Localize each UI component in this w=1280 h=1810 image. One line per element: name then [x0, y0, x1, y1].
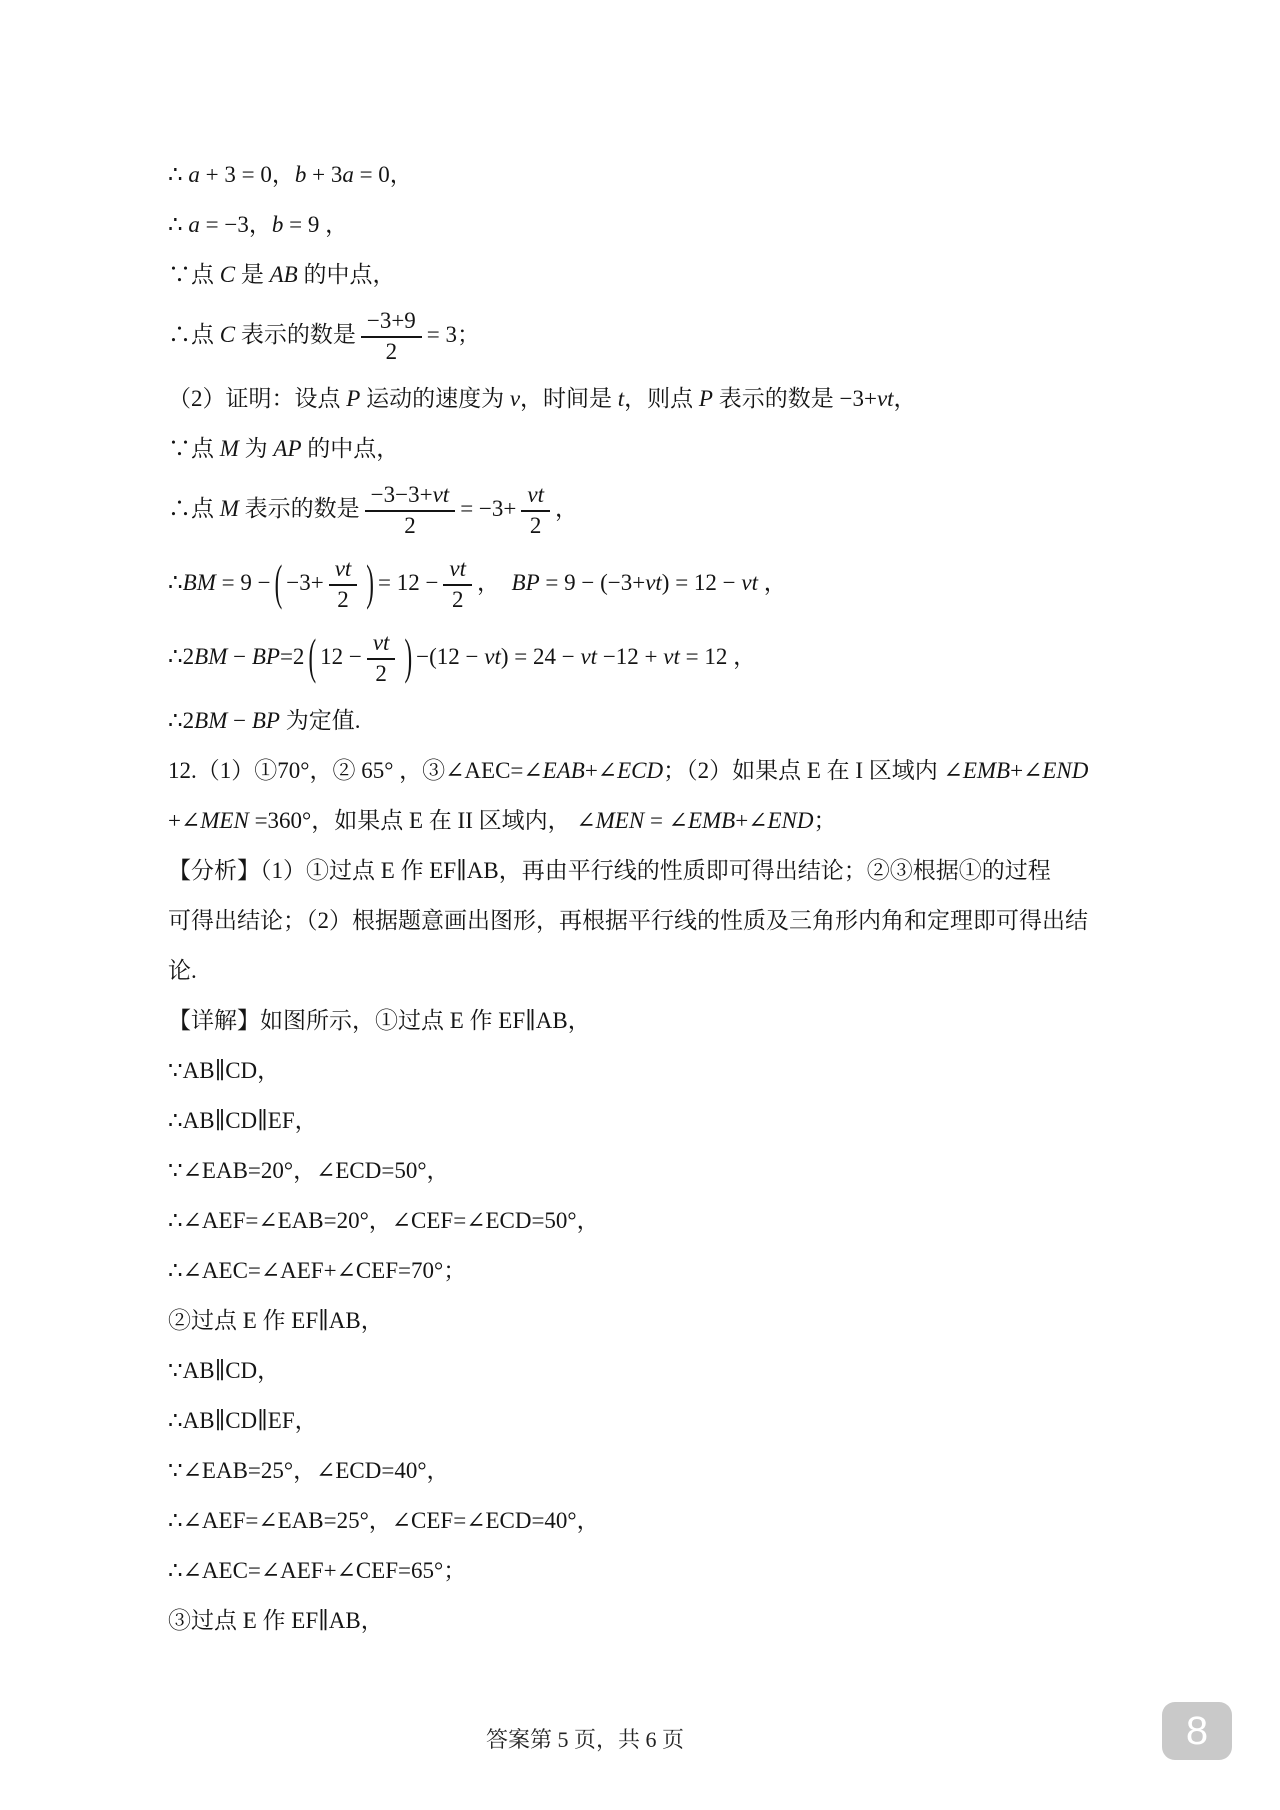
- text-run: = 9 −: [216, 570, 271, 595]
- text-run: +: [735, 808, 748, 833]
- text-run: 运动的速度为: [360, 386, 510, 411]
- text-run: BP: [512, 570, 540, 595]
- text-run: 的中点，: [302, 436, 400, 461]
- text-run: 为: [239, 436, 274, 461]
- text-run: =: [644, 808, 668, 833]
- text-run: 表示的数是: [239, 496, 360, 521]
- text-run: 【详解】如图所示，①过点 E 作 EF∥AB，: [168, 1008, 591, 1033]
- text-run: ∠END: [1023, 758, 1088, 783]
- text-run: 表示的数是: [235, 322, 356, 347]
- text-run: ∴点: [168, 496, 220, 521]
- fraction: −3+92: [361, 308, 422, 366]
- text-line: ∵∠EAB=25°，∠ECD=40°，: [168, 1446, 1128, 1496]
- text-line: ∴∠AEF=∠EAB=25°，∠CEF=∠ECD=40°，: [168, 1496, 1128, 1546]
- text-run: vt: [663, 644, 680, 669]
- text-run: AP: [273, 436, 301, 461]
- text-run: ): [366, 530, 374, 638]
- text-run: AB: [270, 262, 298, 287]
- text-run: +: [1010, 758, 1023, 783]
- text-run: P: [346, 386, 360, 411]
- text-run: ∴∠AEC=∠AEF+∠CEF=70°；: [168, 1258, 466, 1283]
- text-run: ∴2: [168, 708, 194, 733]
- text-run: =2: [280, 644, 304, 669]
- text-run: = 12 −: [378, 570, 438, 595]
- text-line: ∴AB∥CD∥EF，: [168, 1396, 1128, 1446]
- text-run: P: [699, 386, 713, 411]
- text-run: BM: [194, 644, 227, 669]
- text-run: ∴∠AEF=∠EAB=25°，∠CEF=∠ECD=40°，: [168, 1508, 600, 1533]
- text-line: +∠MEN =360°，如果点 E 在 II 区域内， ∠MEN = ∠EMB+…: [168, 796, 1128, 846]
- text-run: ∠MEN: [181, 808, 249, 833]
- text-run: ∠ECD: [598, 758, 663, 783]
- text-line: ∴ a + 3 = 0，b + 3a = 0，: [168, 150, 1128, 200]
- text-run: = 9 − (−3+: [540, 570, 646, 595]
- text-line: 可得出结论；（2）根据题意画出图形，再根据平行线的性质及三角形内角和定理即可得出…: [168, 896, 1128, 946]
- text-run: ∠EMB: [669, 808, 736, 833]
- text-run: ，: [477, 570, 512, 595]
- text-run: ∠MEN: [576, 808, 644, 833]
- text-line: ∴点 C 表示的数是−3+92= 3；: [168, 300, 1128, 374]
- text-run: ∴: [168, 570, 183, 595]
- text-run: = 0，: [354, 162, 413, 187]
- text-run: b: [272, 212, 284, 237]
- text-run: −(12 −: [416, 644, 484, 669]
- text-line: ∵点 M 为 AP 的中点，: [168, 424, 1128, 474]
- text-line: ∴ a = −3，b = 9 ，: [168, 200, 1128, 250]
- text-run: −: [227, 644, 251, 669]
- text-run: −12 +: [597, 644, 663, 669]
- text-run: ∠EMB: [944, 758, 1011, 783]
- text-line: ∵AB∥CD，: [168, 1346, 1128, 1396]
- text-run: a: [188, 212, 200, 237]
- text-run: 2: [386, 339, 398, 364]
- text-run: ∵点: [168, 262, 220, 287]
- text-line: ∴∠AEF=∠EAB=20°，∠CEF=∠ECD=50°，: [168, 1196, 1128, 1246]
- fraction: vt2: [521, 482, 550, 540]
- text-run: ∠EAB: [523, 758, 584, 783]
- text-run: BM: [194, 708, 227, 733]
- text-line: ∴∠AEC=∠AEF+∠CEF=65°；: [168, 1546, 1128, 1596]
- text-run: ③过点 E 作 EF∥AB，: [168, 1608, 384, 1633]
- text-run: ∵∠EAB=20°，∠ECD=50°，: [168, 1158, 450, 1183]
- text-run: ，时间是: [520, 386, 618, 411]
- text-run: 2: [375, 661, 387, 686]
- text-run: ∴AB∥CD∥EF，: [168, 1108, 318, 1133]
- fraction: vt2: [329, 556, 358, 614]
- text-line: 论.: [168, 946, 1128, 996]
- text-line: ∵点 C 是 AB 的中点，: [168, 250, 1128, 300]
- text-line: ∴∠AEC=∠AEF+∠CEF=70°；: [168, 1246, 1128, 1296]
- text-run: ∴AB∥CD∥EF，: [168, 1408, 318, 1433]
- text-run: 2: [337, 587, 349, 612]
- text-run: 2: [452, 587, 464, 612]
- text-run: 2: [404, 513, 416, 538]
- text-run: ；: [813, 808, 836, 833]
- text-run: （2）证明：设点: [168, 386, 346, 411]
- text-run: + 3: [306, 162, 342, 187]
- text-run: C: [220, 322, 235, 347]
- text-run: ，: [555, 496, 578, 521]
- text-run: a: [342, 162, 354, 187]
- text-run: ) = 12 −: [662, 570, 742, 595]
- text-run: vt: [527, 482, 544, 507]
- text-run: 为定值.: [280, 708, 361, 733]
- text-line: ③过点 E 作 EF∥AB，: [168, 1596, 1128, 1646]
- text-run: ∴: [168, 212, 188, 237]
- text-run: ∴2: [168, 644, 194, 669]
- text-run: vt: [645, 570, 662, 595]
- text-run: ∴: [168, 162, 188, 187]
- text-run: = 9 ，: [283, 212, 348, 237]
- text-run: 论.: [168, 958, 197, 983]
- text-run: 【分析】（1）①过点 E 作 EF∥AB，再由平行线的性质即可得出结论；②③根据…: [168, 858, 1051, 883]
- text-run: vt: [580, 644, 597, 669]
- text-run: BP: [252, 644, 280, 669]
- text-run: ∴点: [168, 322, 220, 347]
- text-run: ，: [894, 386, 917, 411]
- text-run: ∴∠AEF=∠EAB=20°，∠CEF=∠ECD=50°，: [168, 1208, 600, 1233]
- text-run: 可得出结论；（2）根据题意画出图形，再根据平行线的性质及三角形内角和定理即可得出…: [168, 908, 1088, 933]
- text-run: −: [227, 708, 251, 733]
- text-line: ∴AB∥CD∥EF，: [168, 1096, 1128, 1146]
- text-line: ②过点 E 作 EF∥AB，: [168, 1296, 1128, 1346]
- text-run: 12.（1）①70°，② 65° ，③∠AEC=: [168, 758, 523, 783]
- text-run: =360°，如果点 E 在 II 区域内，: [249, 808, 577, 833]
- text-run: = 12 ，: [680, 644, 756, 669]
- text-run: (: [275, 530, 283, 638]
- text-run: ②过点 E 作 EF∥AB，: [168, 1308, 384, 1333]
- text-run: = −3+: [460, 496, 516, 521]
- text-run: 12 −: [320, 644, 362, 669]
- text-run: ∵AB∥CD，: [168, 1358, 280, 1383]
- text-run: C: [220, 262, 235, 287]
- text-run: vt: [433, 482, 450, 507]
- text-run: ∠END: [748, 808, 813, 833]
- text-run: vt: [449, 556, 466, 581]
- text-run: ∵AB∥CD，: [168, 1058, 280, 1083]
- text-line: （2）证明：设点 P 运动的速度为 v，时间是 t，则点 P 表示的数是 −3+…: [168, 374, 1128, 424]
- text-run: BP: [252, 708, 280, 733]
- page-number-badge[interactable]: 8: [1162, 1702, 1232, 1760]
- text-run: vt: [741, 570, 758, 595]
- text-run: ∵∠EAB=25°，∠ECD=40°，: [168, 1458, 450, 1483]
- text-run: ∴∠AEC=∠AEF+∠CEF=65°；: [168, 1558, 466, 1583]
- text-run: ): [404, 604, 412, 712]
- text-run: vt: [373, 630, 390, 655]
- text-run: ) = 24 −: [501, 644, 581, 669]
- text-line: 12.（1）①70°，② 65° ，③∠AEC=∠EAB+∠ECD；（2）如果点…: [168, 746, 1128, 796]
- text-run: + 3 = 0，: [200, 162, 295, 187]
- fraction: vt2: [443, 556, 472, 614]
- text-run: vt: [335, 556, 352, 581]
- text-run: M: [220, 436, 239, 461]
- text-run: ，: [758, 570, 787, 595]
- text-run: −3−3+: [371, 482, 433, 507]
- text-run: +: [168, 808, 181, 833]
- text-run: BM: [183, 570, 216, 595]
- text-run: 表示的数是 −3+: [713, 386, 877, 411]
- text-run: ∵点: [168, 436, 220, 461]
- text-run: vt: [877, 386, 894, 411]
- text-run: +: [585, 758, 598, 783]
- text-run: b: [295, 162, 307, 187]
- text-run: v: [510, 386, 520, 411]
- text-run: −3+9: [367, 308, 416, 333]
- text-line: ∵AB∥CD，: [168, 1046, 1128, 1096]
- fraction: vt2: [367, 630, 396, 688]
- text-line: ∴2BM − BP=2(12 −vt2)−(12 − vt) = 24 − vt…: [168, 622, 1128, 696]
- text-run: = 3；: [427, 322, 480, 347]
- text-run: vt: [484, 644, 501, 669]
- text-line: 【详解】如图所示，①过点 E 作 EF∥AB，: [168, 996, 1128, 1046]
- text-run: M: [220, 496, 239, 521]
- page-footer: 答案第 5 页，共 6 页: [0, 1723, 1280, 1754]
- text-run: (: [308, 604, 316, 712]
- text-run: 是: [235, 262, 270, 287]
- document-page: ∴ a + 3 = 0，b + 3a = 0，∴ a = −3，b = 9 ，∵…: [0, 0, 1280, 1810]
- text-run: = −3，: [200, 212, 272, 237]
- text-line: ∵∠EAB=20°，∠ECD=50°，: [168, 1146, 1128, 1196]
- text-run: a: [188, 162, 200, 187]
- text-line: 【分析】（1）①过点 E 作 EF∥AB，再由平行线的性质即可得出结论；②③根据…: [168, 846, 1128, 896]
- text-run: ，则点: [624, 386, 699, 411]
- answer-document-body: ∴ a + 3 = 0，b + 3a = 0，∴ a = −3，b = 9 ，∵…: [168, 150, 1128, 1646]
- text-run: 2: [530, 513, 542, 538]
- text-run: −3+: [286, 570, 323, 595]
- text-run: ；（2）如果点 E 在 I 区域内: [663, 758, 943, 783]
- text-run: 的中点，: [298, 262, 396, 287]
- text-line: ∴点 M 表示的数是−3−3+vt2= −3+vt2，: [168, 474, 1128, 548]
- fraction: −3−3+vt2: [365, 482, 456, 540]
